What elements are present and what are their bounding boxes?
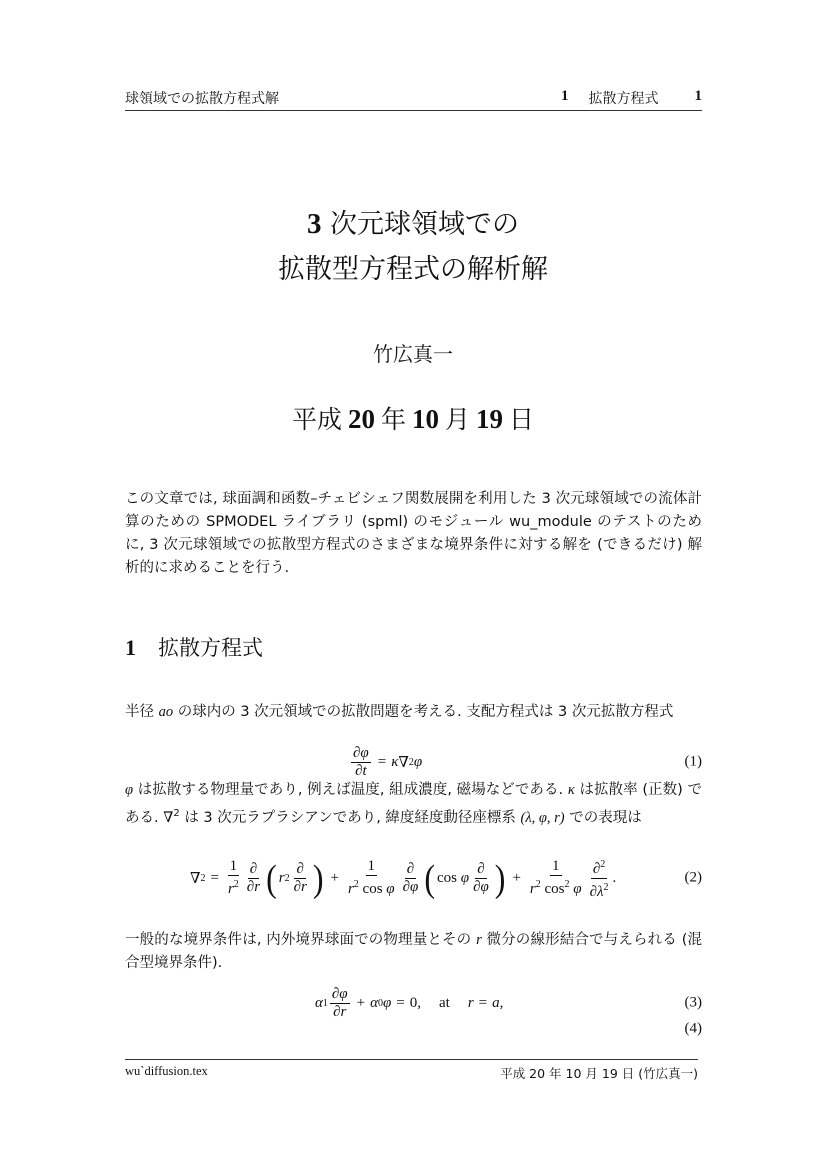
date-day-unit: 日 (509, 405, 534, 434)
equation-3: α1 ∂φ ∂r + α0φ = 0, at r = a, (3) (125, 983, 702, 1023)
right-paren: ) (313, 859, 324, 897)
date-month: 10 (412, 404, 439, 434)
paragraph-boundary-conditions: 一般的な境界条件は, 内外境界球面での物理量とその r 微分の線形結合で与えられ… (125, 929, 702, 975)
equation-2-body: ∇2 = 1 r2 ∂ ∂r ( r2 ∂ ∂r ) + 1 r2 cos φ … (190, 856, 616, 900)
equation-3-body: α1 ∂φ ∂r + α0φ = 0, at r = a, (315, 983, 503, 1023)
math-var: φ (125, 782, 133, 798)
footer-filename: wu`diffusion.tex (125, 1064, 208, 1079)
paragraph-intro: 半径 ao の球内の 3 次元領域での拡散問題を考える. 支配方程式は 3 次元… (125, 701, 702, 724)
fraction: ∂ ∂r (245, 861, 262, 896)
numerator: 1 (366, 858, 378, 876)
date-year: 20 (348, 404, 375, 434)
superscript: 2 (604, 882, 609, 893)
section-number: 1 (125, 635, 136, 660)
equation-2: ∇2 = 1 r2 ∂ ∂r ( r2 ∂ ∂r ) + 1 r2 cos φ … (125, 856, 702, 900)
math-var: ao (159, 704, 174, 720)
math-var: φ (480, 879, 488, 895)
numerator: 1 (550, 858, 562, 876)
period: . (613, 870, 617, 887)
equation-label: (1) (685, 754, 703, 771)
text-span: 一般的な境界条件は, 内外境界球面での物理量とその (125, 932, 476, 948)
text-span: 半径 (125, 704, 159, 720)
equals-sign: = (378, 754, 386, 771)
footer-rule (125, 1059, 698, 1060)
math-var: α (315, 995, 323, 1012)
equals-sign: = (396, 995, 404, 1012)
superscript: 2 (234, 879, 239, 890)
cos-function: cos (363, 881, 383, 897)
paragraph-definitions: φ は拡散する物理量であり, 例えば温度, 組成濃度, 磁場などである. κ は… (125, 779, 702, 830)
cos-function: cos (545, 881, 565, 897)
equation-1-body: ∂φ ∂t = κ∇2φ (349, 742, 422, 782)
math-var: α (370, 995, 378, 1012)
superscript: 2 (600, 859, 605, 870)
superscript: 2 (285, 873, 290, 884)
fraction: 1 r2 cos φ (346, 858, 397, 898)
math-var: φ (360, 745, 368, 761)
title-line1-text: 次元球領域での (330, 209, 519, 240)
partial-symbol: ∂ (405, 861, 416, 879)
running-header: 球領域での拡散方程式解 1 拡散方程式 1 (125, 88, 702, 110)
fraction: ∂ ∂φ (401, 861, 421, 896)
math-var: φ (410, 879, 418, 895)
running-header-section-number: 1 (561, 88, 569, 108)
partial-symbol: ∂ (248, 861, 259, 879)
at-text: at (439, 995, 450, 1012)
equation-label: (2) (685, 870, 703, 887)
plus-sign: + (330, 870, 338, 887)
date-day: 19 (476, 404, 503, 434)
zero: 0, (410, 995, 421, 1012)
partial-symbol: ∂ (590, 884, 597, 900)
fraction: ∂ ∂φ (471, 861, 491, 896)
title-number: 3 (307, 208, 322, 240)
nabla-symbol: ∇ (163, 810, 173, 826)
math-var: φ (386, 881, 394, 897)
document-title-line1: 3 次元球領域での (0, 204, 826, 245)
equals-sign: = (479, 995, 487, 1012)
fraction: ∂φ ∂r (330, 986, 350, 1021)
cos-function: cos (437, 870, 457, 887)
left-paren: ( (424, 859, 435, 897)
superscript: 2 (565, 879, 570, 890)
equation-label: (3) (685, 995, 703, 1012)
math-var: r (468, 995, 474, 1012)
plus-sign: + (357, 995, 365, 1012)
abstract: この文章では, 球面調和函数–チェビシェフ関数展開を利用した 3 次元球領域での… (125, 488, 702, 580)
right-paren: ) (495, 859, 506, 897)
text-span: の球内の 3 次元領域での拡散問題を考える. 支配方程式は 3 次元拡散方程式 (173, 704, 673, 720)
math-var: φ (573, 881, 581, 897)
nabla-symbol: ∇ (190, 869, 200, 888)
nabla-symbol: ∇ (398, 753, 408, 772)
plus-sign: + (512, 870, 520, 887)
text-span: での表現は (565, 810, 642, 826)
subscript: 1 (323, 998, 328, 1009)
fraction: ∂ ∂r (292, 861, 309, 896)
math-var: r (301, 879, 307, 895)
superscript: 2 (536, 879, 541, 890)
math-var: φ (461, 870, 469, 887)
math-var: r (254, 879, 260, 895)
date-year-unit: 年 (381, 405, 406, 434)
section-title: 拡散方程式 (158, 636, 263, 660)
equation-1: ∂φ ∂t = κ∇2φ (1) (125, 742, 702, 782)
date-month-unit: 月 (445, 405, 470, 434)
running-header-title: 球領域での拡散方程式解 (125, 88, 279, 108)
math-coords: (λ, φ, r) (521, 810, 565, 826)
running-header-right: 1 拡散方程式 1 (561, 88, 702, 108)
numerator: 1 (228, 858, 240, 876)
footer-date-author: 平成 20 年 10 月 19 日 (竹広真一) (500, 1064, 698, 1082)
fraction: 1 r2 (226, 858, 241, 898)
date-era: 平成 (292, 405, 342, 434)
superscript: 2 (354, 879, 359, 890)
text-span: は 3 次元ラプラシアンであり, 緯度経度動径座標系 (180, 810, 521, 826)
fraction: ∂φ ∂t (351, 745, 371, 780)
math-var: κ (568, 782, 575, 798)
math-var: φ (383, 995, 391, 1012)
math-var: a, (492, 995, 503, 1012)
math-var: φ (339, 986, 347, 1002)
math-var: φ (414, 754, 422, 771)
page-number: 1 (695, 88, 703, 108)
author: 竹広真一 (0, 338, 826, 367)
fraction: ∂2 ∂λ2 (588, 856, 611, 901)
equation-label: (4) (685, 1021, 703, 1038)
running-header-section-title: 拡散方程式 (589, 88, 659, 108)
superscript: 2 (200, 873, 205, 884)
text-span: は拡散する物理量であり, 例えば温度, 組成濃度, 磁場などである. (133, 782, 568, 798)
section-heading: 1拡散方程式 (125, 632, 263, 662)
math-var: t (362, 763, 366, 779)
partial-symbol: ∂ (475, 861, 486, 879)
equation-4: (4) (125, 1018, 702, 1040)
document-date: 平成20年10月19日 (0, 400, 826, 436)
math-var: κ (391, 754, 398, 771)
partial-symbol: ∂ (294, 861, 305, 879)
fraction: 1 r2 cos2 φ (528, 858, 584, 898)
header-rule (125, 110, 702, 111)
equals-sign: = (210, 870, 218, 887)
document-title-line2: 拡散型方程式の解析解 (0, 250, 826, 290)
partial-symbol: ∂ (403, 879, 410, 895)
left-paren: ( (266, 859, 277, 897)
partial-symbol: ∂ (294, 879, 301, 895)
